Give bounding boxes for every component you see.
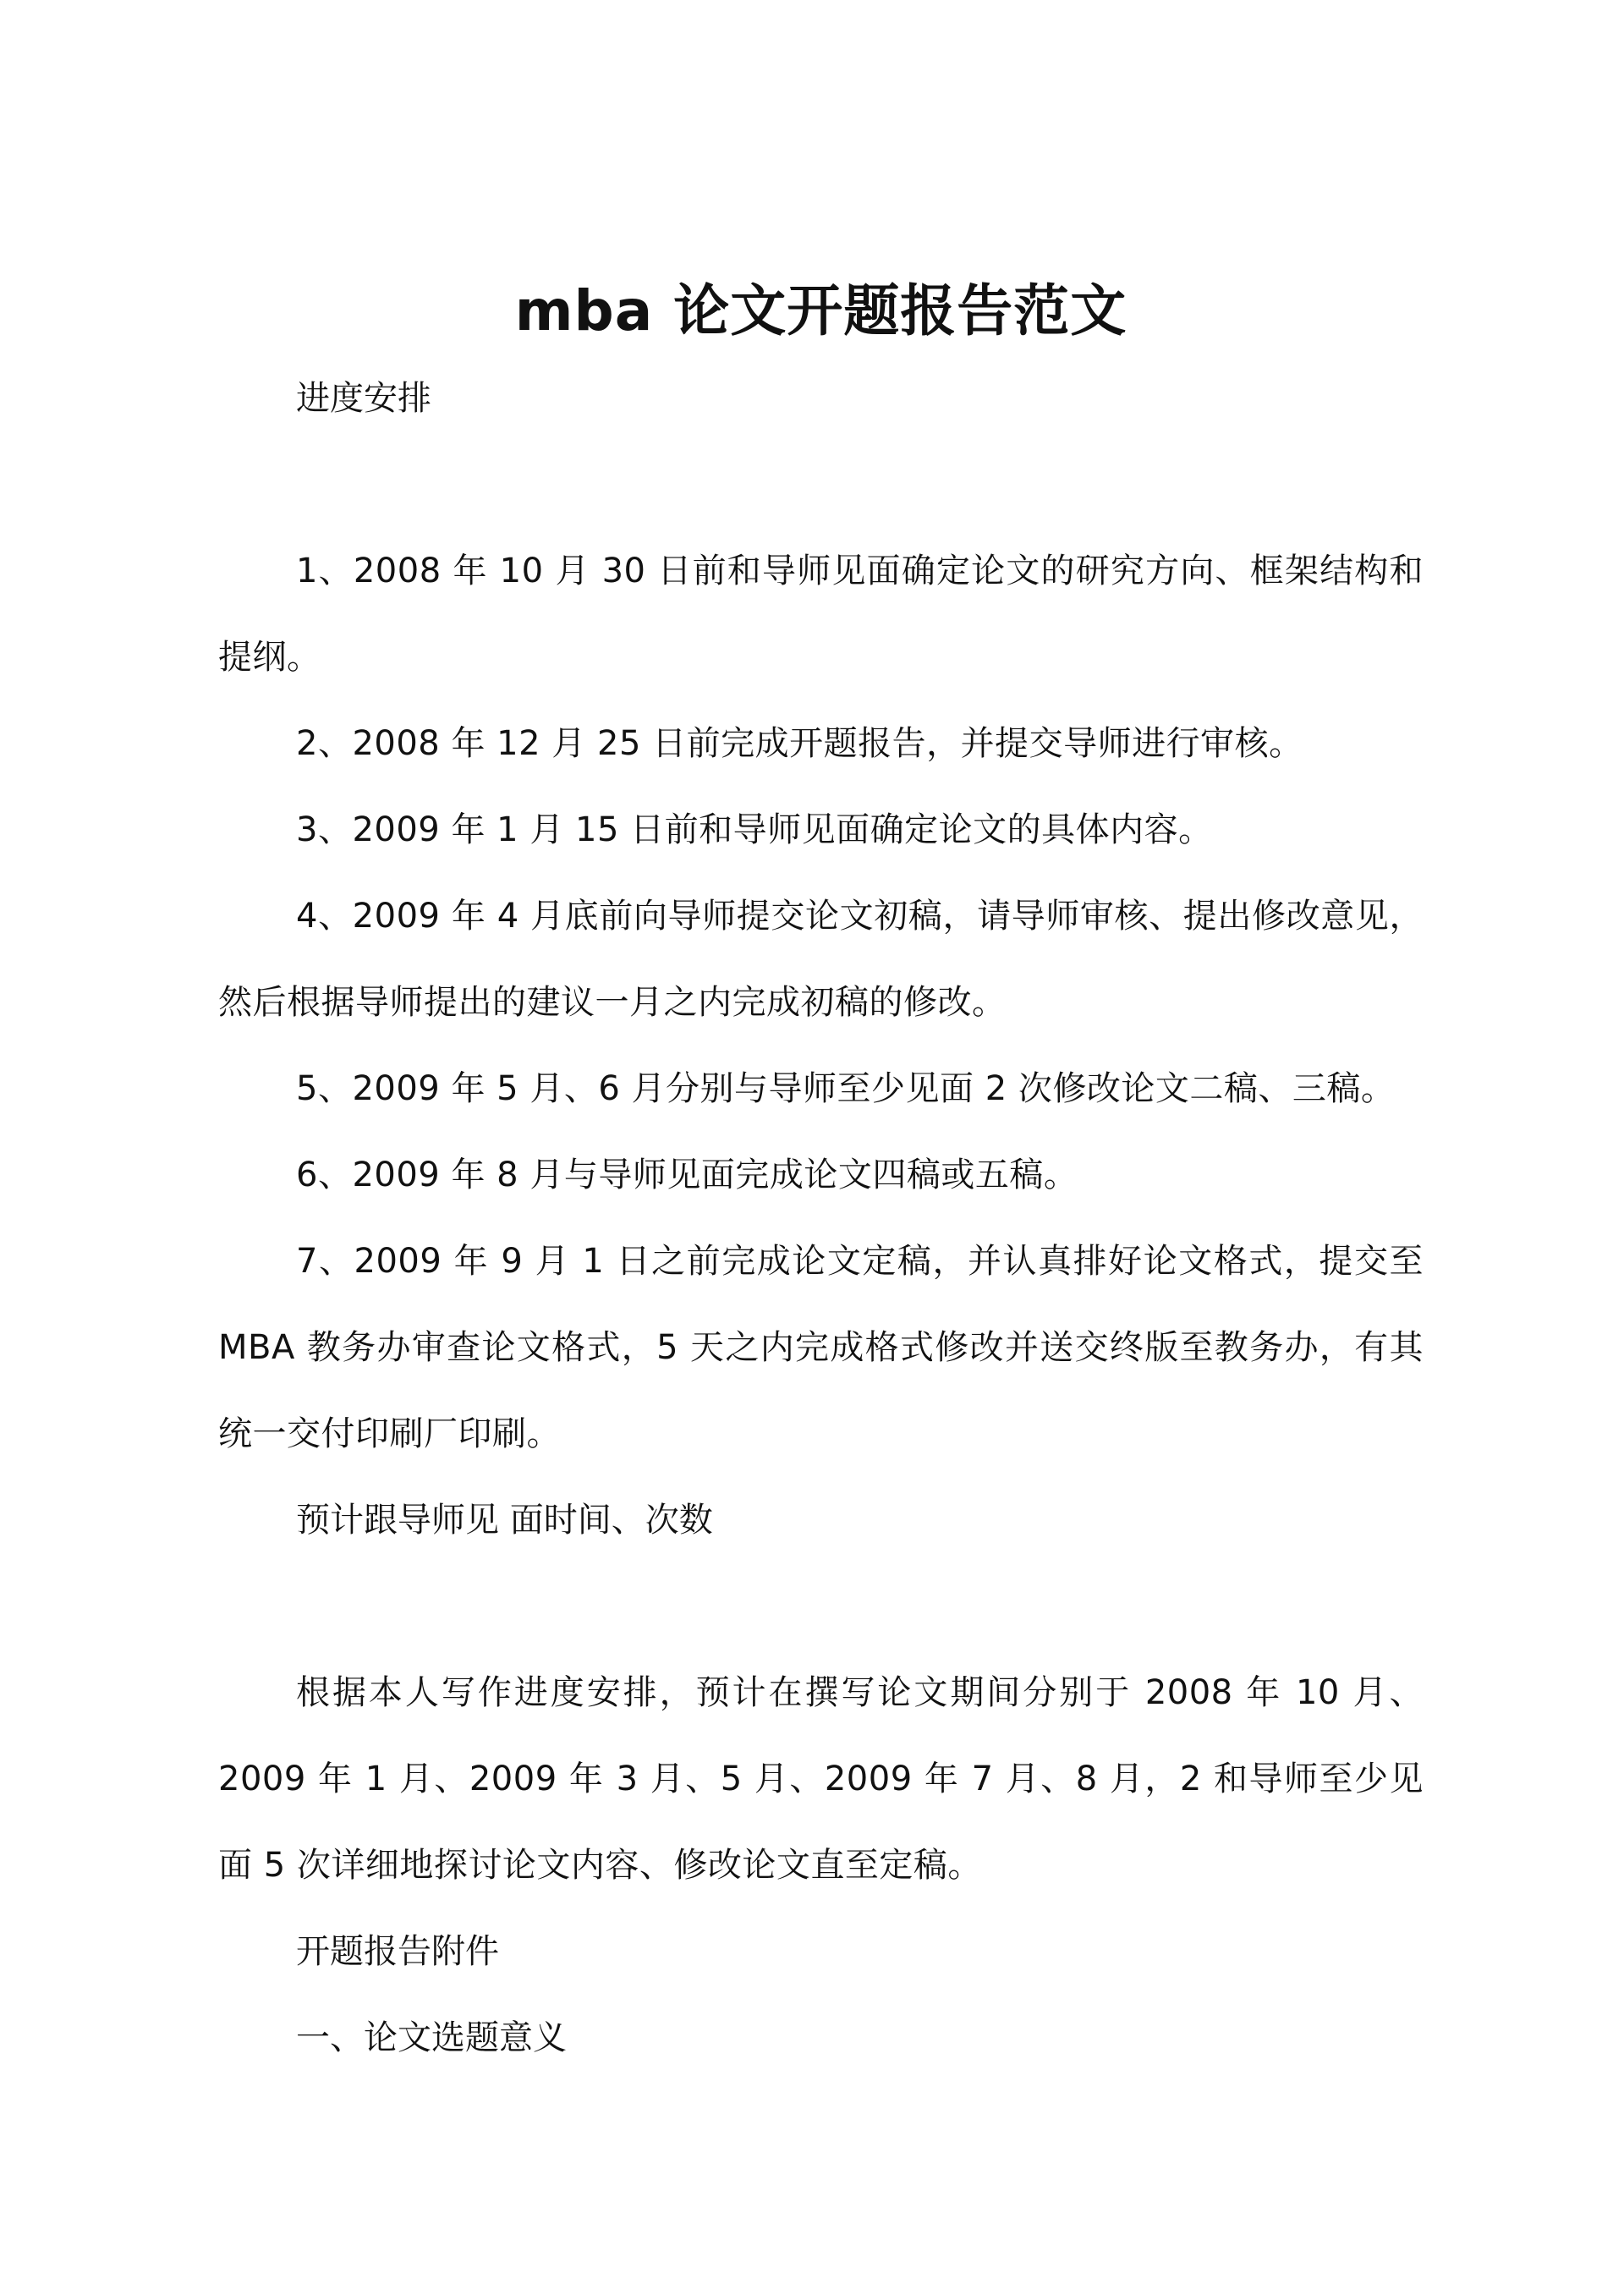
schedule-item-4: 4、2009 年 4 月底前向导师提交论文初稿，请导师审核、提出修改意见，然后根… [218,873,1424,1046]
schedule-item-2: 2、2008 年 12 月 25 日前完成开题报告，并提交导师进行审核。 [218,700,1424,787]
schedule-item-7: 7、2009 年 9 月 1 日之前完成论文定稿，并认真排好论文格式，提交至 M… [218,1218,1424,1477]
section-heading-appendix: 开题报告附件 [218,1908,1424,1995]
schedule-item-5: 5、2009 年 5 月、6 月分别与导师至少见面 2 次修改论文二稿、三稿。 [218,1046,1424,1132]
meetings-paragraph: 根据本人写作进度安排，预计在撰写论文期间分别于 2008 年 10 月、2009… [218,1650,1424,1908]
schedule-item-3: 3、2009 年 1 月 15 日前和导师见面确定论文的具体内容。 [218,787,1424,873]
document-title: mba 论文开题报告范文 [218,269,1424,354]
section-heading-topic-significance: 一、论文选题意义 [218,1995,1424,2081]
schedule-item-6: 6、2009 年 8 月与导师见面完成论文四稿或五稿。 [218,1132,1424,1218]
section-heading-schedule: 进度安排 [218,355,1424,442]
section-heading-meetings: 预计跟导师见 面时间、次数 [218,1477,1424,1563]
schedule-item-1: 1、2008 年 10 月 30 日前和导师见面确定论文的研究方向、框架结构和提… [218,528,1424,700]
